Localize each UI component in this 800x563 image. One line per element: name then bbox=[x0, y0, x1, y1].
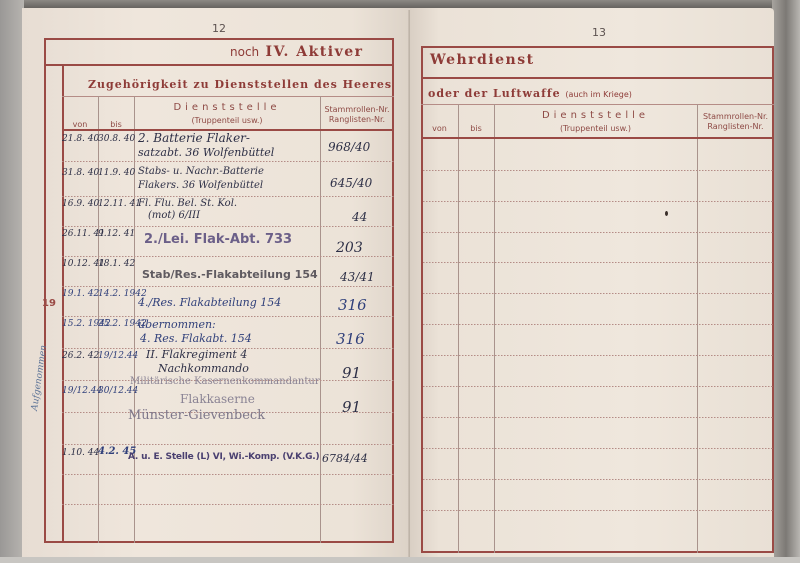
entry-8-dienststelle-line2: Nachkommando bbox=[158, 362, 249, 375]
right-header-von: von bbox=[421, 124, 458, 134]
row-line bbox=[62, 504, 394, 505]
right-col-divider-von bbox=[458, 104, 459, 553]
entry-7-dienststelle-line2: 4. Res. Flakabt. 154 bbox=[140, 332, 252, 345]
left-header-dienststelle: Dienststelle bbox=[134, 102, 320, 113]
side-number: 19 bbox=[42, 298, 56, 309]
row-line bbox=[62, 161, 394, 162]
right-header-bis: bis bbox=[458, 124, 494, 134]
row-line bbox=[62, 286, 394, 287]
entry-10-dienststelle-stamp: A. u. E. Stelle (L) VI, Wi.-Komp. (V.K.G… bbox=[128, 452, 319, 462]
entry-1-dienststelle-line1: 2. Batterie Flaker- bbox=[138, 131, 250, 145]
entry-8-bis: 19/12.44 bbox=[98, 351, 134, 362]
left-col-divider-dienststelle bbox=[320, 96, 321, 543]
entry-4-nr: 203 bbox=[336, 240, 363, 256]
left-header-dienststelle-sub: (Truppenteil usw.) bbox=[134, 116, 320, 126]
ranglisten-label: Ranglisten-Nr. bbox=[320, 115, 394, 125]
row-line bbox=[423, 262, 773, 263]
right-subtitle-divider bbox=[421, 104, 774, 105]
section-title-prefix: noch bbox=[230, 45, 259, 59]
entry-3-bis: 12.11. 41 bbox=[98, 199, 134, 210]
right-header-dienststelle-sub: (Truppenteil usw.) bbox=[494, 124, 697, 134]
entry-1-bis: 30.8. 40 bbox=[98, 134, 134, 145]
entry-3-dienststelle-line1: Fl. Flu. Bel. St. Kol. bbox=[138, 198, 237, 209]
row-line bbox=[62, 226, 394, 227]
left-title-divider bbox=[44, 64, 394, 66]
right-header-dienststelle: Dienststelle bbox=[494, 110, 697, 121]
left-header-stammrollen: Stammrollen-Nr. Ranglisten-Nr. bbox=[320, 105, 394, 125]
right-header-bottom-rule bbox=[421, 137, 774, 139]
row-line bbox=[423, 232, 773, 233]
right-col-divider-bis bbox=[494, 104, 495, 553]
right-subtitle-main: oder der Luftwaffe bbox=[428, 87, 561, 100]
entry-5-bis: 18.1. 42 bbox=[98, 259, 134, 270]
entry-4-von: 26.11. 41 bbox=[62, 229, 98, 240]
entry-7-dienststelle-line1: übernommen: bbox=[138, 318, 216, 331]
entry-9-stamp-line3: Münster-Gievenbeck bbox=[128, 408, 265, 423]
entry-8-dienststelle-line1: II. Flakregiment 4 bbox=[146, 348, 247, 361]
left-section-title: noch IV. Aktiver bbox=[230, 44, 364, 60]
entry-1-nr: 968/40 bbox=[328, 140, 370, 154]
book-cover-right-edge bbox=[772, 0, 800, 563]
row-line bbox=[423, 448, 773, 449]
entry-9-bis: 30/12.44 bbox=[98, 386, 134, 397]
entry-9-nr: 91 bbox=[342, 398, 361, 416]
right-title-divider bbox=[421, 77, 774, 79]
entry-10-von: 1.10. 44 bbox=[62, 448, 98, 459]
row-line bbox=[423, 417, 773, 418]
entry-6-von: 19.1. 42 bbox=[62, 289, 98, 300]
entry-5-von: 10.12. 41 bbox=[62, 259, 98, 270]
row-line bbox=[62, 256, 394, 257]
book-cover-left-edge bbox=[0, 0, 24, 563]
entry-2-dienststelle-line2: Flakers. 36 Wolfenbüttel bbox=[138, 180, 263, 191]
page-number-right: 13 bbox=[592, 26, 606, 39]
entry-1-von: 21.8. 40 bbox=[62, 134, 98, 145]
row-line bbox=[423, 510, 773, 511]
row-line bbox=[423, 293, 773, 294]
entry-7-von: 15.2. 1942 bbox=[62, 319, 98, 330]
entry-3-dienststelle-line2: (mot) 6/III bbox=[148, 210, 200, 221]
entry-7-bis: 25.2. 1942 bbox=[98, 319, 134, 330]
right-col-divider-dienststelle bbox=[697, 104, 698, 553]
stammrollen-label: Stammrollen-Nr. bbox=[697, 112, 774, 122]
right-header-stammrollen: Stammrollen-Nr. Ranglisten-Nr. bbox=[697, 112, 774, 132]
entry-2-nr: 645/40 bbox=[330, 176, 372, 190]
entry-6-dienststelle: 4./Res. Flakabteilung 154 bbox=[138, 296, 281, 309]
entry-7-nr: 316 bbox=[336, 330, 365, 348]
entry-1-dienststelle-line2: satzabt. 36 Wolfenbüttel bbox=[138, 146, 274, 159]
entry-4-bis: 9.12. 41 bbox=[98, 229, 134, 240]
left-subtitle: Zugehörigkeit zu Dienststellen des Heere… bbox=[88, 78, 392, 91]
row-line bbox=[423, 201, 773, 202]
entry-8-nr: 91 bbox=[342, 364, 361, 382]
row-line bbox=[423, 324, 773, 325]
ink-spot bbox=[665, 211, 668, 216]
row-line bbox=[423, 479, 773, 480]
entry-8-von: 26.2. 42 bbox=[62, 351, 98, 362]
row-line bbox=[423, 170, 773, 171]
entry-2-bis: 11.9. 40 bbox=[98, 168, 134, 179]
entry-3-von: 16.9. 40 bbox=[62, 199, 98, 210]
row-line bbox=[62, 444, 394, 445]
row-line bbox=[62, 316, 394, 317]
entry-5-dienststelle-stamp: Stab/Res.-Flakabteilung 154 bbox=[142, 268, 318, 281]
section-title-main: IV. Aktiver bbox=[266, 44, 364, 60]
book-bottom-edge bbox=[0, 557, 800, 563]
stammrollen-label: Stammrollen-Nr. bbox=[320, 105, 394, 115]
ranglisten-label: Ranglisten-Nr. bbox=[697, 122, 774, 132]
entry-9-stamp-line1: Militärische Kasernenkommandantur bbox=[130, 376, 320, 387]
entry-5-nr: 43/41 bbox=[340, 270, 375, 284]
entry-4-dienststelle-stamp: 2./Lei. Flak-Abt. 733 bbox=[144, 232, 292, 247]
left-subtitle-divider bbox=[62, 96, 394, 97]
row-line bbox=[62, 196, 394, 197]
entry-6-nr: 316 bbox=[338, 296, 367, 314]
entry-3-nr: 44 bbox=[352, 210, 367, 224]
right-subtitle: oder der Luftwaffe (auch im Kriege) bbox=[428, 87, 632, 100]
page-number-left: 12 bbox=[212, 22, 226, 35]
entry-10-nr: 6784/44 bbox=[322, 452, 368, 465]
row-line bbox=[62, 474, 394, 475]
row-line bbox=[423, 386, 773, 387]
entry-2-dienststelle-line1: Stabs- u. Nachr.-Batterie bbox=[138, 166, 264, 177]
entry-6-bis: 14.2. 1942 bbox=[98, 289, 134, 300]
row-line bbox=[423, 355, 773, 356]
right-section-title: Wehrdienst bbox=[430, 52, 535, 68]
entry-2-von: 31.8. 40 bbox=[62, 168, 98, 179]
entry-9-von: 19/12.44 bbox=[62, 386, 98, 397]
entry-9-stamp-line2: Flakkaserne bbox=[180, 392, 255, 406]
right-subtitle-note: (auch im Kriege) bbox=[565, 90, 631, 99]
